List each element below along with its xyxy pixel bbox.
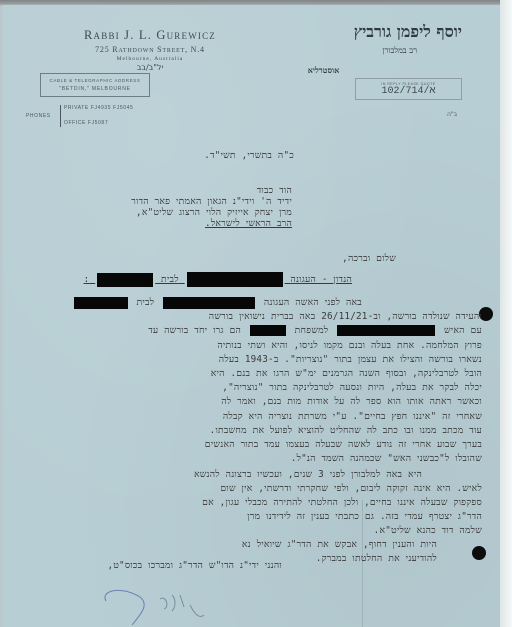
handwritten-signature [100,585,300,627]
hebrew-country: אוסטרליא [308,65,339,75]
body-line: הדר"ג יצטרף עמדי בזה. גם כתבתי בענין זה … [12,510,482,524]
body-line: היא באה למלבורן לפני 3 שנים, ועכשיו ברצו… [12,468,482,482]
body-line: והעידה שנולדה בורשה, וב-26/11/21 באה בבר… [12,310,482,324]
body-line: הובל לטרבלינקה, ובסוף השנה הגרמנים ימ"ש … [12,367,482,381]
bh-mark: ב"ה [447,111,457,118]
addressee-line: הוד כבוד [131,185,292,196]
body-line: הם גרו יחד בורשה עד [148,325,241,336]
body-line: לבית [136,297,154,308]
cable-label: Cable & Telegraphic Address [41,78,149,83]
body-paragraph-2: היא באה למלבורן לפני 3 שנים, ועכשיו ברצו… [12,468,482,538]
letterhead-english: Rabbi J. L. Gurewicz 725 Rathdown Street… [40,28,260,72]
brace [60,105,61,127]
city: Melbourne, Australia [40,56,260,62]
redaction [163,297,255,309]
subject-text: : [84,274,90,285]
addressee-line: הרב הראשי לישראל. [131,218,292,229]
cable-address-box: Cable & Telegraphic Address "Betdin," Me… [40,73,150,97]
subject-text: הנדון - העגונה [290,274,352,285]
body-paragraph-1: באה לפני האשה העגונה לבית והעידה שנולדה … [12,296,482,466]
body-line: נשארו בורשה והצילו את עצמן בתור "נוצריות… [12,353,482,367]
redaction [97,273,153,287]
body-line: בערך שבוע אחרי זה נודע לאשה שבעלה בעצמו … [12,438,482,452]
body-line: פרוץ המלחמה. אחת בעלה ובנם מקמו לניסו, ו… [12,339,482,353]
letterhead-hebrew: יוסף ליפמן גורביץ רב במלבורן אוסטרליא [354,22,462,55]
body-line: היות והענין דחוף, אבקש את הדר"ג שיואיל נ… [12,538,482,552]
subject-text: לבית [161,274,179,285]
subject-line: הנדון - העגונה לבית : [84,272,352,287]
body-line: באה לפני האשה העגונה [264,297,362,308]
reference-number: 102/א/714 [356,86,461,97]
letter-date: כ"ה בתשרי, תשי"ד. [204,150,294,161]
addressee-block: הוד כבוד ידיד ה' וידי"נ הגאון האמתי פאר … [131,185,292,229]
addressee-line: מרן יצחק אייזיק הלוי הרצוג שליט"א, [131,207,292,218]
hebrew-name: יוסף ליפמן גורביץ [354,22,462,42]
rabbi-name: Rabbi J. L. Gurewicz [40,28,260,43]
phone-office: Office FJ5087 [64,120,108,126]
redaction [74,297,128,309]
redaction [337,325,435,336]
hebrew-title: רב במלבורן [354,46,417,55]
cable-value: "Betdin," Melbourne [41,86,149,92]
body-line: יכלה לבקר את בעלה, היות ונסעה לטרבלינקה … [12,381,482,395]
page-edge [500,0,512,627]
body-line: למשפחת [295,325,329,336]
body-line: לאיש. היא אינה זקוקה ליבום, ולפי שחקרתי … [12,482,482,496]
street-address: 725 Rathdown Street, N.4 [40,45,260,54]
phones-label: Phones [26,113,51,119]
body-line: עם האיש [444,325,482,336]
addressee-line: ידיד ה' וידי"נ הגאון האמתי פאר הדור [131,196,292,207]
body-line: עוד מכתב ממנו ובו כתב לה שהחליט להוציא ל… [12,424,482,438]
body-line: שלמה דוד כהנא שליט"א. [12,524,482,538]
body-line: וכאשר ראתה אותו הוא ספר לה על אודות מות … [12,395,482,409]
body-line: שהובלו ל"כבשני האש" שכמהנה השמד הנ"ל. [12,452,482,466]
greeting: שלום וברכה, [342,253,396,264]
redaction [187,272,283,287]
body-line: ספקפוק שבעלה איננו בחיים, ולכן החלטתי לה… [12,496,482,510]
closing-line: והנני ידי"נ הדו"ש הדר"ג ומברכו בכוס"ט, [107,560,282,571]
phone-private: Private FJ4935 FJ5045 [64,105,133,111]
reference-box: In reply please quote 102/א/714 [355,78,462,100]
body-line: שאחרי זה "איננו חפץ בחיים". ע"י משרתת נו… [12,410,482,424]
hebrew-code: יל"ב/בב [40,63,260,72]
redaction [250,325,286,336]
